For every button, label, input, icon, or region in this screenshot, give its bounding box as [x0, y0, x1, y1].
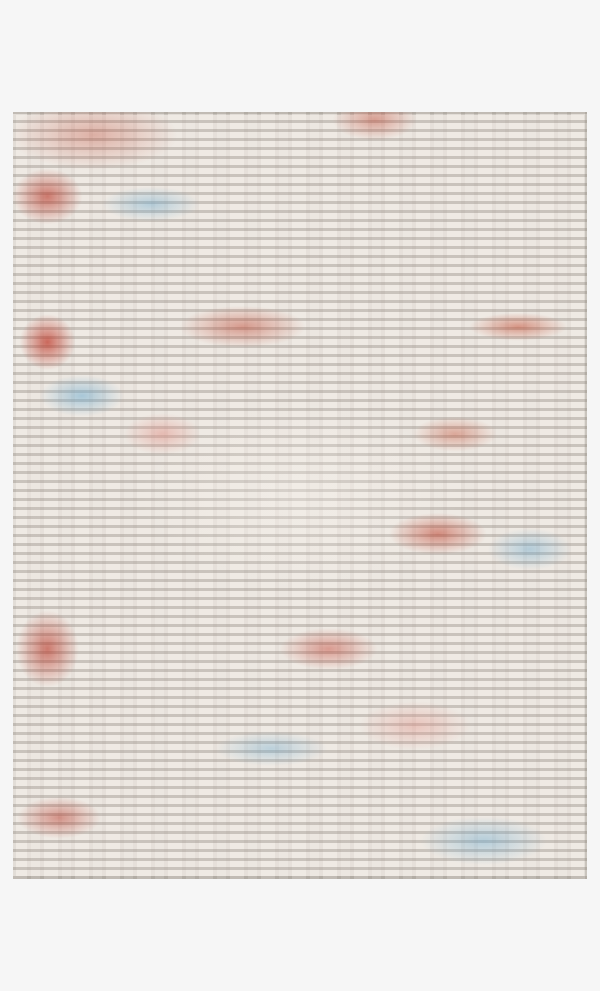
area-rug: [13, 112, 587, 879]
rug-color-wash: [13, 112, 587, 879]
